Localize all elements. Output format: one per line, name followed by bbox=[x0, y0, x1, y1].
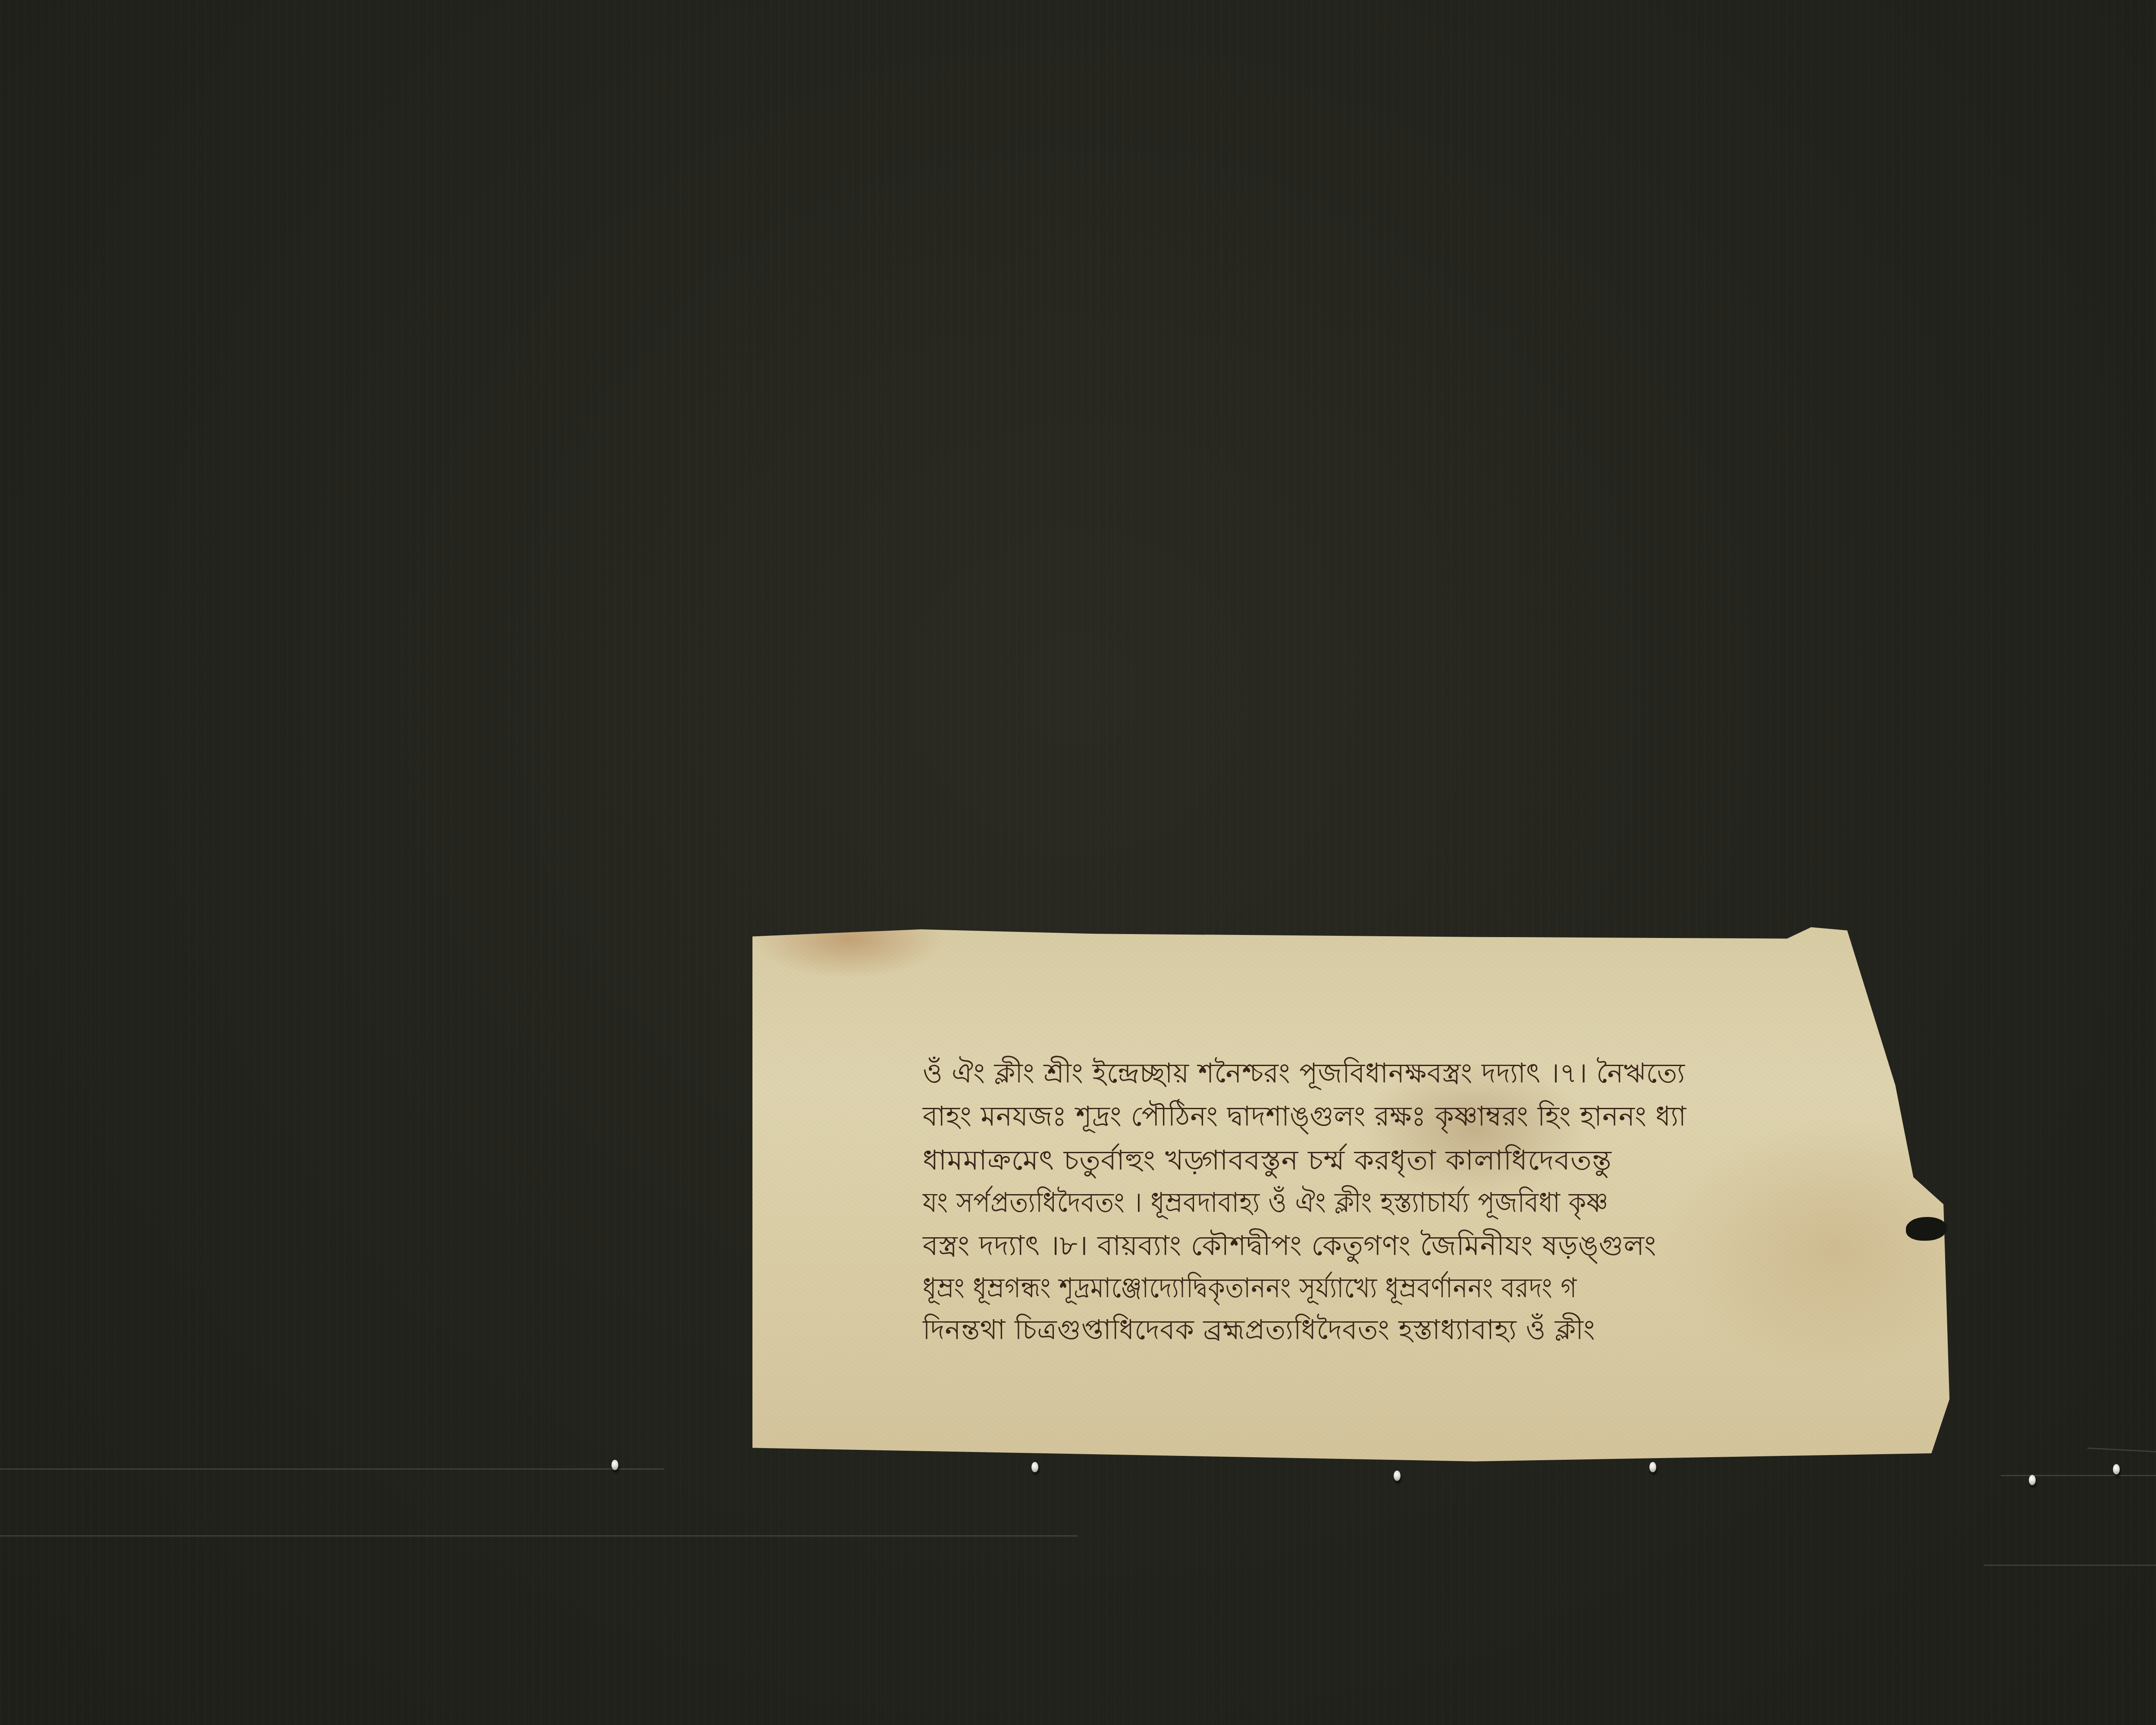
board-scratch-line bbox=[0, 1468, 664, 1470]
board-scratch-line bbox=[1984, 1565, 2156, 1566]
manuscript-line-3: ধামমাক্রমেৎ চতুর্বাহুং খড়্গাববস্তুন চর্… bbox=[923, 1139, 1612, 1186]
manuscript-line-5: বস্ত্রং দদ্যাৎ ।৮। বায়ব্যাং কৌশদ্বীপং ক… bbox=[923, 1225, 1657, 1271]
mounting-pin bbox=[611, 1460, 618, 1470]
manuscript-line-4: যং সর্পপ্রত্যধিদৈবতং । ধূম্রবদাবাহ্য ওঁ … bbox=[923, 1182, 1608, 1228]
board-scratch-line bbox=[0, 1535, 1078, 1537]
mounting-pin bbox=[1394, 1471, 1401, 1481]
mounting-pin bbox=[2113, 1464, 2120, 1474]
board-scratch-line bbox=[2001, 1475, 2156, 1476]
manuscript-line-1: ওঁ ঐং ক্লীং শ্রীং ইন্দ্রেচ্ছায় শনৈশ্চরং… bbox=[923, 1052, 1685, 1098]
worm-hole bbox=[1906, 1217, 1947, 1241]
mounting-board-texture bbox=[0, 0, 2156, 1725]
manuscript-line-6: ধূম্রং ধূম্রগন্ধং শূদ্রমাঞ্জোদ্যোদ্বিকৃত… bbox=[923, 1267, 1577, 1313]
mounting-pin bbox=[1649, 1462, 1656, 1472]
mounting-pin bbox=[1031, 1462, 1038, 1472]
mounting-pin bbox=[2029, 1475, 2036, 1485]
manuscript-line-7: দিনন্তথা চিত্রগুপ্তাধিদেবক ব্রহ্মপ্রত্যধ… bbox=[923, 1309, 1595, 1355]
manuscript-line-2: বাহং মনযজঃ শূদ্রং পৌঠিনং দ্বাদশাঙ্গুলং র… bbox=[923, 1095, 1686, 1142]
